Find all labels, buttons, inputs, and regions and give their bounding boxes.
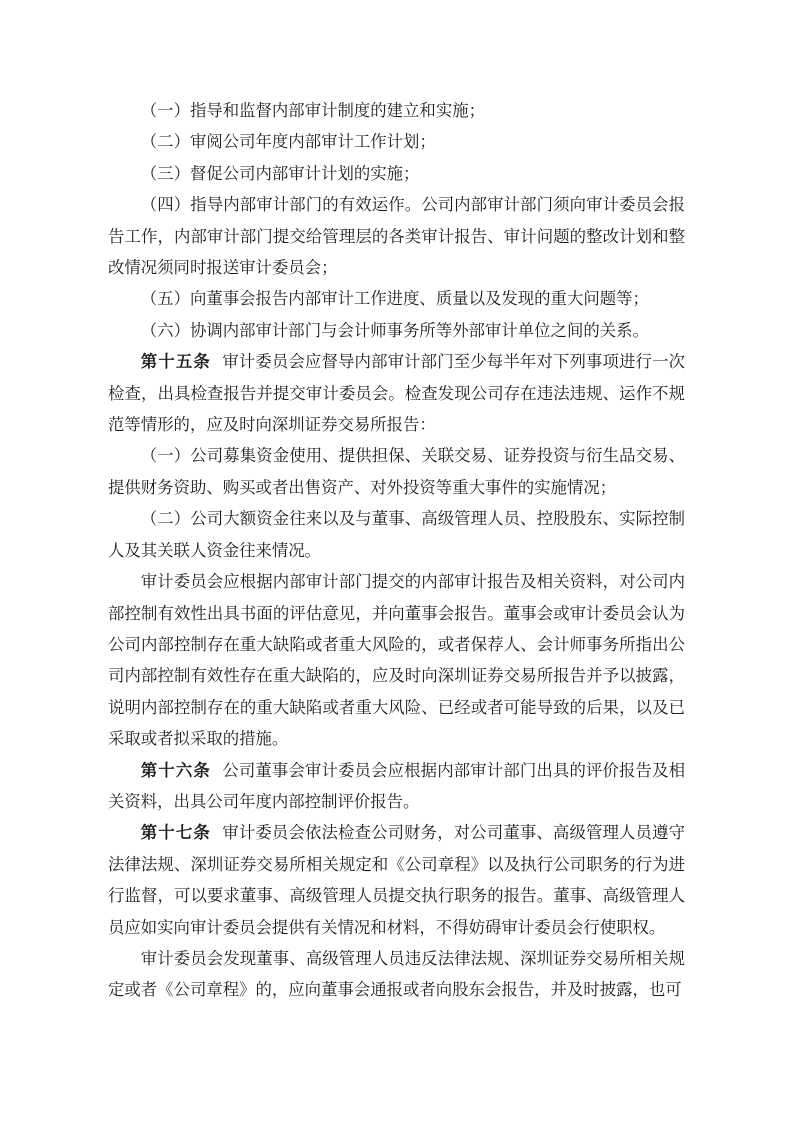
document-page: （一）指导和监督内部审计制度的建立和实施；（二）审阅公司年度内部审计工作计划；（… <box>0 0 794 1122</box>
paragraph: （二）审阅公司年度内部审计工作计划； <box>108 126 685 157</box>
article-number: 第十六条 <box>141 761 211 780</box>
article-number: 第十七条 <box>141 823 211 842</box>
paragraph: 审计委员会发现董事、高级管理人员违反法律法规、深圳证券交易所相关规定或者《公司章… <box>108 943 685 1006</box>
article-number: 第十五条 <box>141 352 211 371</box>
paragraph: （四）指导内部审计部门的有效运作。公司内部审计部门须向审计委员会报告工作，内部审… <box>108 189 685 283</box>
paragraph: （一）指导和监督内部审计制度的建立和实施； <box>108 95 685 126</box>
paragraph: （六）协调内部审计部门与会计师事务所等外部审计单位之间的关系。 <box>108 315 685 346</box>
paragraph: （二）公司大额资金往来以及与董事、高级管理人员、控股股东、实际控制人及其关联人资… <box>108 503 685 566</box>
paragraph: 第十五条审计委员会应督导内部审计部门至少每半年对下列事项进行一次检查，出具检查报… <box>108 346 685 440</box>
document-body: （一）指导和监督内部审计制度的建立和实施；（二）审阅公司年度内部审计工作计划；（… <box>108 95 685 1006</box>
paragraph: （三）督促公司内部审计计划的实施； <box>108 158 685 189</box>
paragraph: 审计委员会应根据内部审计部门提交的内部审计报告及相关资料，对公司内部控制有效性出… <box>108 566 685 754</box>
paragraph: （一）公司募集资金使用、提供担保、关联交易、证券投资与衍生品交易、提供财务资助、… <box>108 440 685 503</box>
paragraph: 第十七条审计委员会依法检查公司财务，对公司董事、高级管理人员遵守法律法规、深圳证… <box>108 817 685 943</box>
paragraph: 第十六条公司董事会审计委员会应根据内部审计部门出具的评价报告及相关资料，出具公司… <box>108 755 685 818</box>
paragraph: （五）向董事会报告内部审计工作进度、质量以及发现的重大问题等； <box>108 283 685 314</box>
